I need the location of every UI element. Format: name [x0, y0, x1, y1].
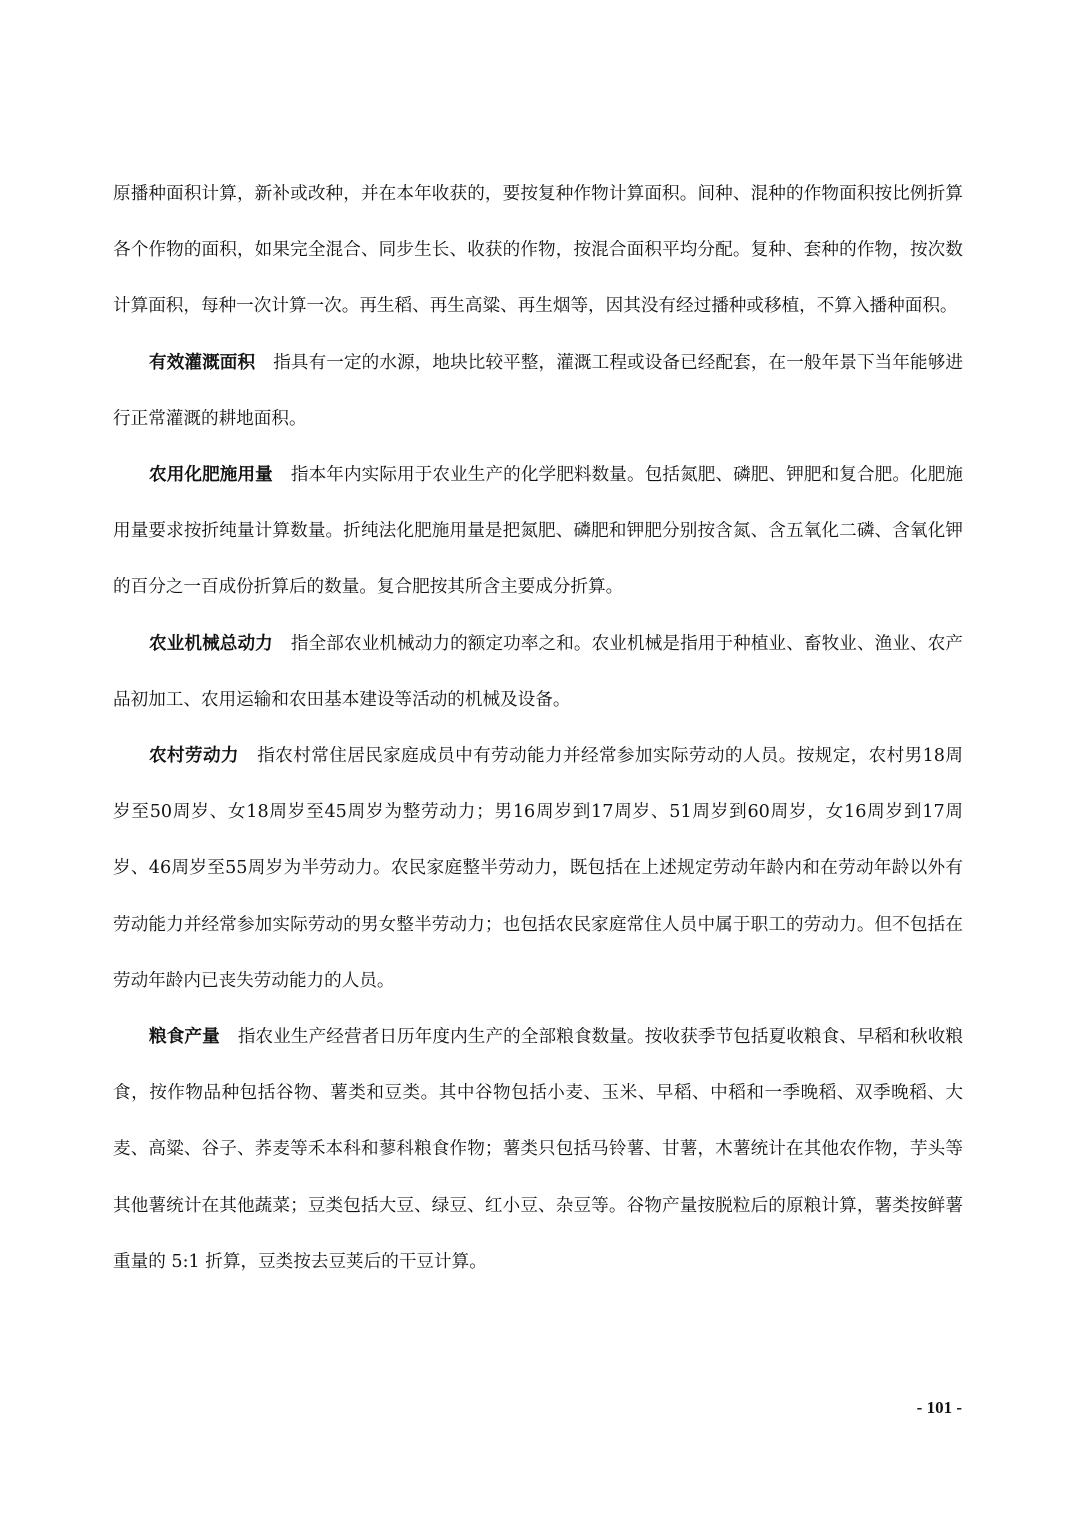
document-body: 原播种面积计算，新补或改种，并在本年收获的，要按复种作物计算面积。间种、混种的作… [113, 166, 963, 1290]
definition-irrigated-area: 有效灌溉面积指具有一定的水源，地块比较平整，灌溉工程或设备已经配套，在一般年景下… [113, 335, 963, 447]
definition-grain-output: 粮食产量指农业生产经营者日历年度内生产的全部粮食数量。按收获季节包括夏收粮食、早… [113, 1009, 963, 1290]
definition-machinery-power: 农业机械总动力指全部农业机械动力的额定功率之和。农业机械是指用于种植业、畜牧业、… [113, 616, 963, 728]
continuation-paragraph: 原播种面积计算，新补或改种，并在本年收获的，要按复种作物计算面积。间种、混种的作… [113, 166, 963, 335]
page-number: - 101 - [917, 1398, 962, 1418]
definition-fertilizer-use: 农用化肥施用量指本年内实际用于农业生产的化学肥料数量。包括氮肥、磷肥、钾肥和复合… [113, 447, 963, 616]
term-heading: 农村劳动力 [149, 745, 239, 766]
term-heading: 有效灌溉面积 [149, 352, 255, 373]
term-definition: 指农业生产经营者日历年度内生产的全部粮食数量。按收获季节包括夏收粮食、早稻和秋收… [113, 1027, 963, 1272]
term-heading: 农用化肥施用量 [149, 464, 273, 485]
term-heading: 农业机械总动力 [149, 633, 273, 654]
definition-rural-labor: 农村劳动力指农村常住居民家庭成员中有劳动能力并经常参加实际劳动的人员。按规定，农… [113, 728, 963, 1009]
term-definition: 指农村常住居民家庭成员中有劳动能力并经常参加实际劳动的人员。按规定，农村男18周… [113, 746, 963, 991]
term-heading: 粮食产量 [149, 1026, 220, 1047]
